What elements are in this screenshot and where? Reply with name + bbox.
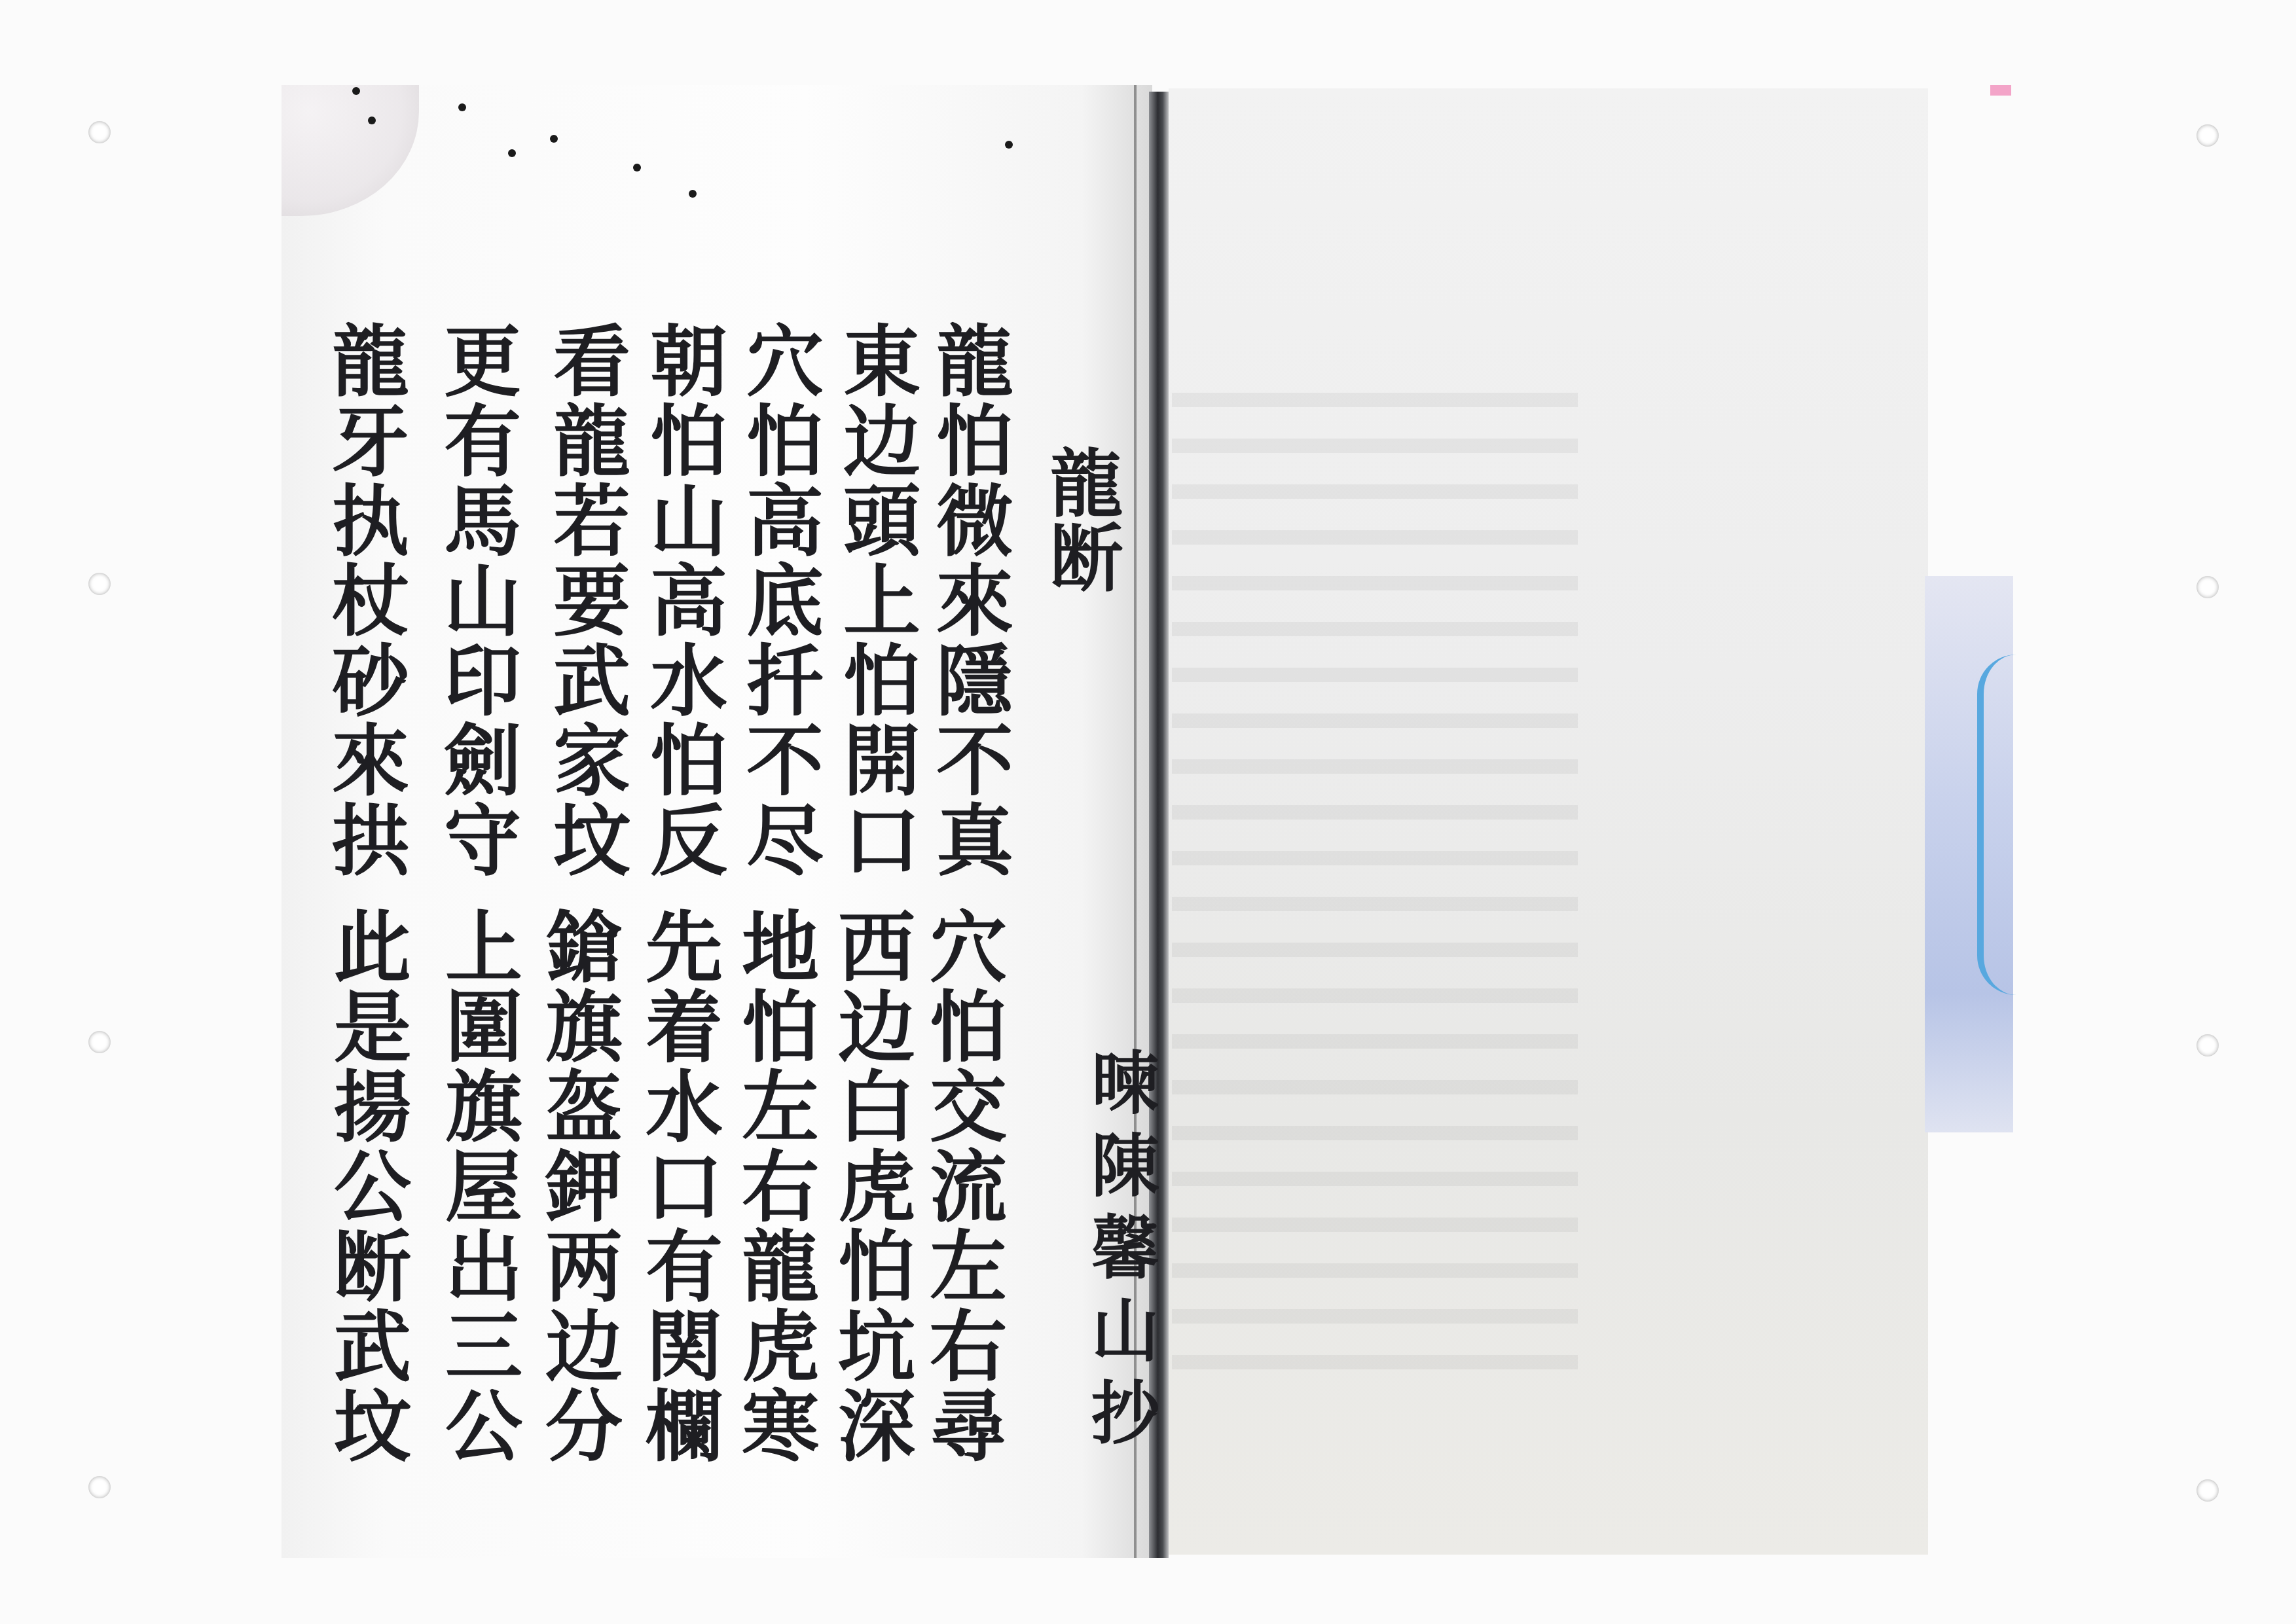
punch-hole-left-2: [88, 573, 111, 595]
punch-hole-left-4: [88, 1476, 111, 1498]
ink-spot: [508, 149, 516, 157]
blue-marker-stroke: [1977, 655, 2016, 995]
punch-hole-left-3: [88, 1031, 111, 1053]
verse-lower-2: 西边白虎怕坑深: [831, 907, 909, 1466]
verse-upper-2: 東边頭上怕開口: [837, 321, 914, 880]
ink-spot: [1005, 141, 1013, 149]
punch-hole-left-1: [88, 121, 111, 143]
verse-lower-1: 穴怕交流左右尋: [923, 907, 1000, 1466]
punch-hole-right-1: [2196, 124, 2219, 147]
verse-upper-7: 龍牙执杖砂來拱: [325, 321, 403, 880]
ink-spot: [368, 117, 376, 124]
ink-spot: [689, 190, 697, 198]
pink-tab-mark: [1990, 85, 2011, 96]
verse-upper-3: 穴怕高底扦不尽: [740, 321, 817, 880]
faded-bleedthrough-text: [1172, 393, 1578, 1375]
verse-upper-1: 龍怕微來隱不真: [930, 321, 1007, 880]
punch-hole-right-4: [2196, 1479, 2219, 1502]
verse-lower-5: 鎗旗盔鉀两边分: [539, 907, 616, 1466]
verse-upper-5: 看龍若要武家坟: [547, 321, 624, 880]
ink-spot: [458, 103, 466, 111]
verse-lower-7: 此是揚公断武坟: [327, 907, 405, 1466]
copyist-signature: 暕陳馨山抄: [1070, 1047, 1169, 1460]
verse-lower-3: 地怕左右龍虎寒: [735, 907, 812, 1466]
punch-hole-right-2: [2196, 576, 2219, 598]
verse-lower-4: 先着水口有関欄: [639, 907, 716, 1466]
ink-spot: [633, 164, 641, 171]
section-title: 龍断: [1028, 445, 1133, 594]
verse-upper-6: 更有馬山印劍守: [437, 321, 515, 880]
verse-upper-4: 朝怕山高水怕反: [644, 321, 721, 880]
verse-lower-6: 上圍旗屋出三公: [439, 907, 516, 1466]
ink-spot: [352, 87, 360, 95]
ink-spot: [550, 135, 558, 143]
punch-hole-right-3: [2196, 1034, 2219, 1056]
